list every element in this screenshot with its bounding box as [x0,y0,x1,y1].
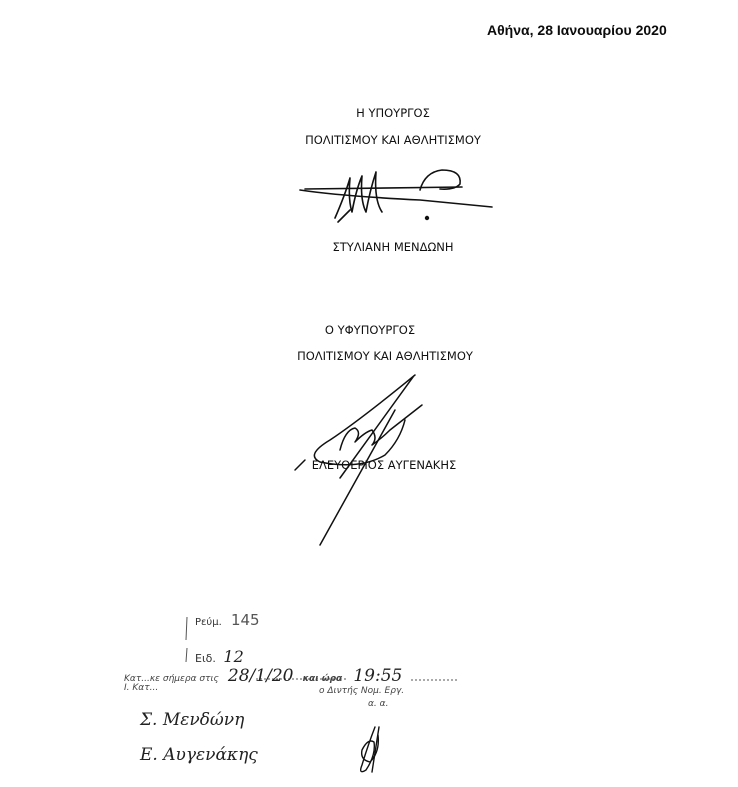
stamp-line3-date: 28/1/20 [228,666,294,686]
stamp-line2: Ειδ. 12 [195,647,244,666]
handwritten-name-2: Ε. Αυγενάκης [140,745,258,765]
stamp-line4-left: Ι. Κατ... [124,683,158,693]
stamp-line4-right: ο Διντής Νομ. Εργ. [319,686,404,696]
stamp-line2-value: 12 [223,647,243,666]
stamp-line3-time: 19:55 [353,666,402,686]
signature-initials [361,727,379,772]
stamp-line2-label: Ειδ. [195,652,216,665]
stamp-line3: Κατ...κε σήμερα στις 28/1/20 και ώρα 19:… [124,666,402,686]
stamp-line1: Ρεύμ. 145 [195,611,260,629]
stamp-line1-value: 145 [231,611,260,629]
stamp-line5-right: α. α. [368,699,388,709]
signature-mendoni [300,170,492,222]
handwritten-name-1: Σ. Μενδώνη [140,710,244,730]
stamp-line1-label: Ρεύμ. [195,617,222,628]
stamp-line3-mid: και ώρα [303,674,343,684]
signature-avgenakis [295,375,422,545]
